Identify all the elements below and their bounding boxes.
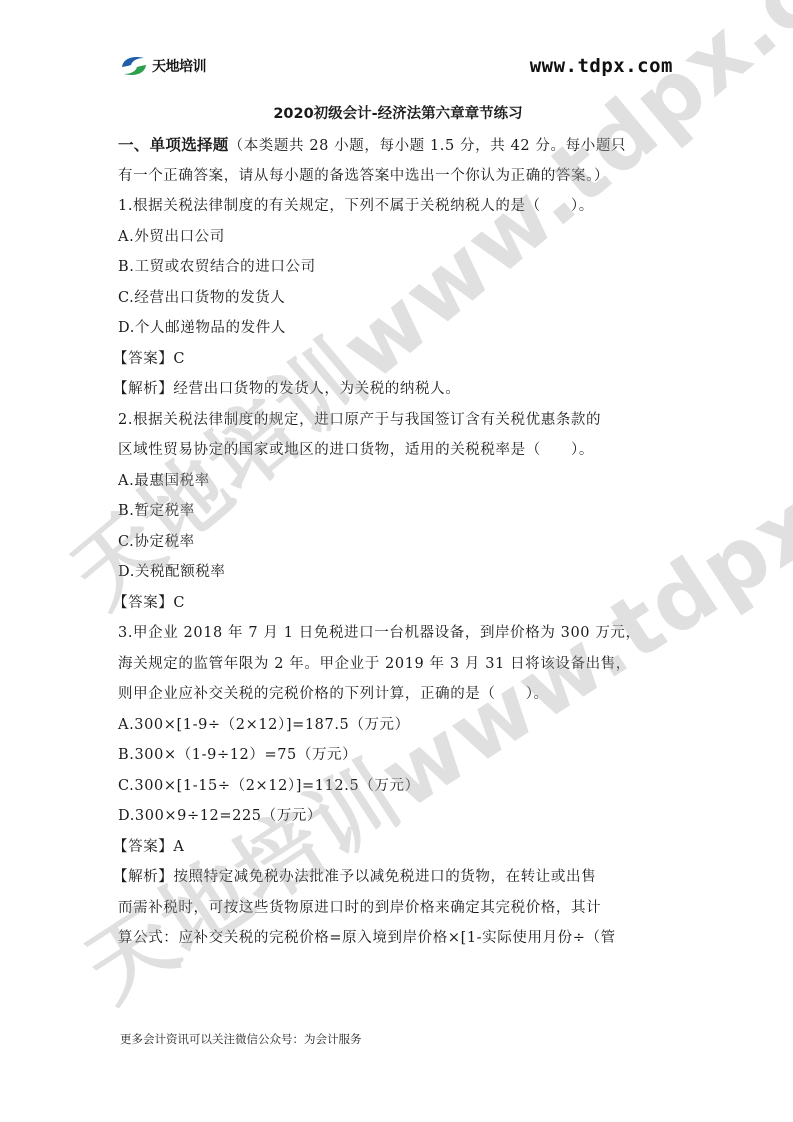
option-b: B.300×（1-9÷12）=75（万元） [118, 740, 678, 771]
question-2: 2.根据关税法律制度的规定，进口原产于与我国签订含有关税优惠条款的 区域性贸易协… [118, 405, 678, 619]
document-body: 2020初级会计-经济法第六章章节练习 一、单项选择题（本类题共 28 小题，每… [118, 100, 678, 954]
section-intro-line-2: 有一个正确答案，请从每小题的备选答案中选出一个你认为正确的答案。） [118, 161, 678, 192]
site-url: www.tdpx.com [530, 55, 673, 77]
option-a: A.最惠国税率 [118, 466, 678, 497]
answer: 【答案】A [113, 832, 678, 863]
analysis-line-1: 【解析】按照特定减免税办法批准予以减免税进口的货物，在转让或出售 [113, 862, 678, 893]
section-intro-line-1: 一、单项选择题（本类题共 28 小题，每小题 1.5 分，共 42 分。每小题只 [118, 130, 678, 161]
logo-text: 天地培训 [152, 56, 206, 76]
option-a: A.外贸出口公司 [118, 222, 678, 253]
question-1: 1.根据关税法律制度的有关规定，下列不属于关税纳税人的是（ ）。 A.外贸出口公… [118, 191, 678, 405]
option-a: A.300×[1-9÷（2×12）]=187.5（万元） [118, 710, 678, 741]
option-d: D.关税配额税率 [118, 557, 678, 588]
option-d: D.个人邮递物品的发件人 [118, 313, 678, 344]
question-3: 3.甲企业 2018 年 7 月 1 日免税进口一台机器设备，到岸价格为 300… [118, 618, 678, 954]
brand-logo: 天地培训 [120, 55, 206, 77]
option-d: D.300×9÷12=225（万元） [118, 801, 678, 832]
logo-swoosh-icon [120, 55, 148, 77]
page-header: 天地培训 www.tdpx.com [0, 0, 793, 100]
section-heading: 一、单项选择题 [118, 136, 229, 154]
question-stem-line-2: 区域性贸易协定的国家或地区的进口货物，适用的关税税率是（ ）。 [118, 435, 678, 466]
option-c: C.300×[1-15÷（2×12）]=112.5（万元） [118, 771, 678, 802]
footer-note: 更多会计资讯可以关注微信公众号：为会计服务 [120, 1031, 362, 1047]
option-b: B.暂定税率 [118, 496, 678, 527]
analysis-line-3: 算公式：应补交关税的完税价格=原入境到岸价格×[1-实际使用月份÷（管 [118, 923, 678, 954]
answer: 【答案】C [113, 588, 678, 619]
question-stem-line-3: 则甲企业应补交关税的完税价格的下列计算，正确的是（ ）。 [118, 679, 678, 710]
question-stem: 1.根据关税法律制度的有关规定，下列不属于关税纳税人的是（ ）。 [118, 191, 678, 222]
answer: 【答案】C [113, 344, 678, 375]
option-c: C.协定税率 [118, 527, 678, 558]
question-stem-line-1: 3.甲企业 2018 年 7 月 1 日免税进口一台机器设备，到岸价格为 300… [118, 618, 678, 649]
analysis: 【解析】经营出口货物的发货人，为关税的纳税人。 [113, 374, 678, 405]
question-stem-line-1: 2.根据关税法律制度的规定，进口原产于与我国签订含有关税优惠条款的 [118, 405, 678, 436]
analysis-line-2: 而需补税时，可按这些货物原进口时的到岸价格来确定其完税价格，其计 [118, 893, 678, 924]
section-intro-text: （本类题共 28 小题，每小题 1.5 分，共 42 分。每小题只 [229, 138, 626, 154]
option-c: C.经营出口货物的发货人 [118, 283, 678, 314]
question-stem-line-2: 海关规定的监管年限为 2 年。甲企业于 2019 年 3 月 31 日将该设备出… [118, 649, 678, 680]
option-b: B.工贸或农贸结合的进口公司 [118, 252, 678, 283]
document-title: 2020初级会计-经济法第六章章节练习 [118, 100, 678, 128]
